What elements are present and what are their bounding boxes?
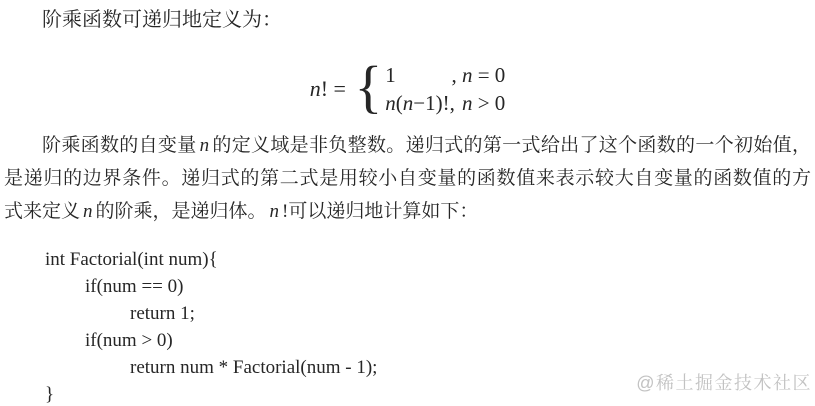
formula-lhs: n! =: [310, 76, 352, 102]
case-base-cond: , n = 0: [451, 61, 505, 89]
factorial-formula: n! = { 1 , n = 0 n(n−1)!, n > 0: [0, 56, 815, 122]
formula-equals: ! =: [321, 76, 352, 101]
formula-cases: 1 , n = 0 n(n−1)!, n > 0: [385, 61, 505, 117]
code-line: return 1;: [45, 300, 377, 327]
case-recursive-cond: n > 0: [462, 89, 505, 117]
code-block: int Factorial(int num){ if(num == 0) ret…: [45, 246, 377, 406]
document-page: { "intro": { "text": "阶乘函数可递归地定义为：" }, "…: [0, 0, 815, 406]
paragraph-line: 是递归的边界条件。递归式的第二式是用较小自变量的函数值来表示较大自变量的函数值的…: [4, 162, 811, 195]
code-line: int Factorial(int num){: [45, 246, 377, 273]
code-line: if(num > 0): [45, 327, 377, 354]
case-base-expr: 1: [385, 61, 396, 89]
code-line: return num * Factorial(num - 1);: [45, 354, 377, 381]
body-paragraph: 阶乘函数的自变量n的定义域是非负整数。递归式的第一式给出了这个函数的一个初始值，…: [4, 129, 811, 228]
paragraph-line: 式来定义n的阶乘，是递归体。n!可以递归地计算如下：: [4, 195, 811, 228]
code-line: }: [45, 381, 377, 406]
formula-case-recursive: n(n−1)!, n > 0: [385, 89, 505, 117]
code-line: if(num == 0): [45, 273, 377, 300]
formula-brace: {: [354, 58, 382, 116]
intro-sentence: 阶乘函数可递归地定义为：: [42, 8, 282, 32]
formula-case-base: 1 , n = 0: [385, 61, 505, 89]
paragraph-line: 阶乘函数的自变量n的定义域是非负整数。递归式的第一式给出了这个函数的一个初始值，: [4, 129, 811, 162]
case-recursive-expr: n(n−1)!,: [385, 89, 455, 117]
formula-var-n: n: [310, 76, 321, 101]
watermark: @稀土掘金技术社区: [636, 369, 812, 395]
